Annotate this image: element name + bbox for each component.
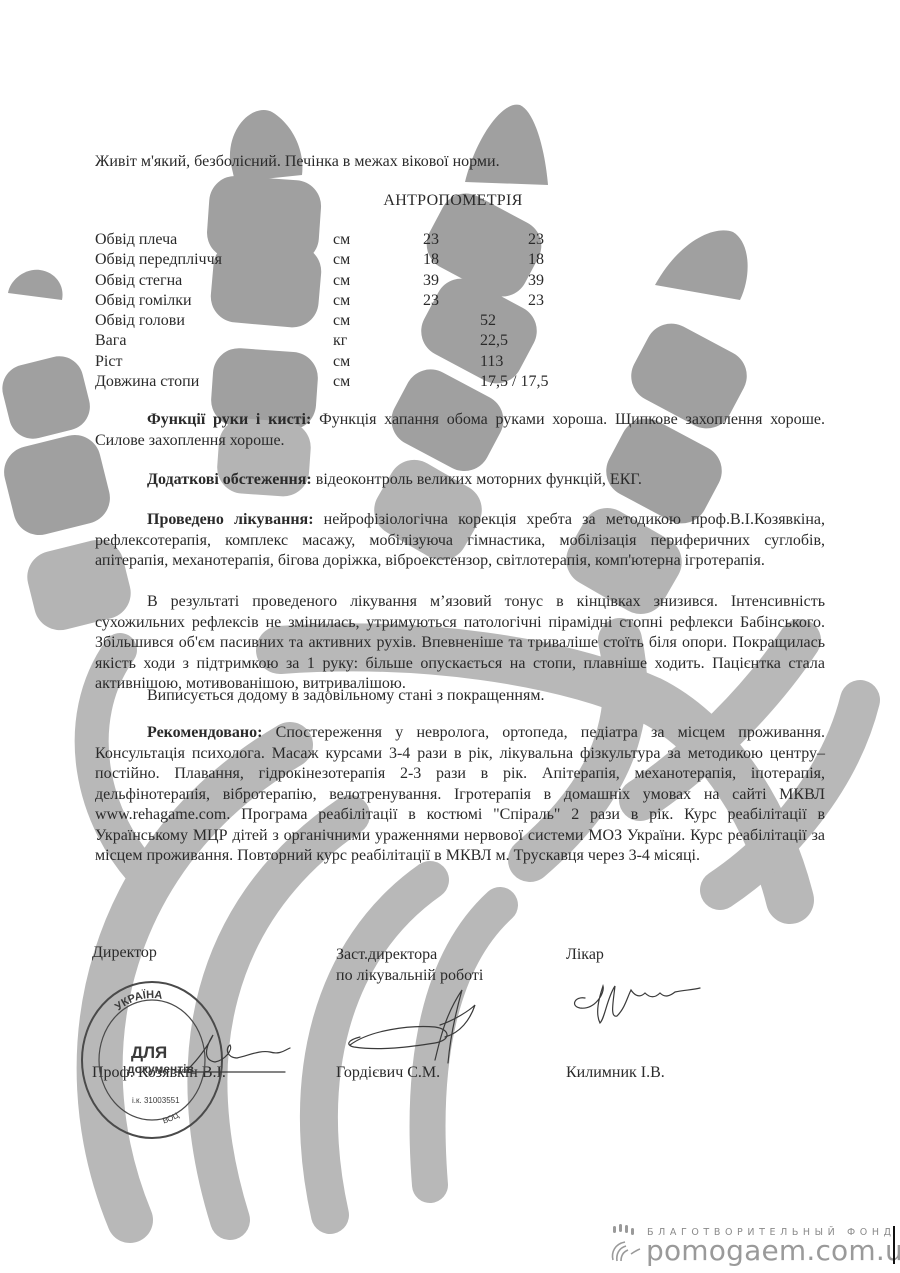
- measurement-label: Довжина стопи: [95, 372, 199, 392]
- anthropometry-heading-text: АНТРОПОМЕТРІЯ: [383, 192, 522, 209]
- measurement-value: 22,5: [480, 331, 508, 351]
- additional-exams-paragraph: Додаткові обстеження: відеоконтроль вели…: [95, 470, 825, 491]
- svg-text:УКРАЇНА: УКРАЇНА: [113, 988, 163, 1013]
- measurement-left-value: 18: [423, 250, 439, 270]
- measurement-right-value: 23: [528, 291, 544, 311]
- treatment-paragraph: Проведено лікування: нейрофізіологічна к…: [95, 510, 825, 572]
- measurement-label: Обвід стегна: [95, 271, 182, 291]
- measurement-left-value: 39: [423, 271, 439, 291]
- doctor-signature-icon: [565, 968, 705, 1028]
- deputy-director-signature-icon: [340, 985, 490, 1065]
- deputy-director-title-line: Заст.директора: [336, 944, 483, 965]
- measurement-value: 17,5 / 17,5: [480, 372, 548, 392]
- measurement-unit: см: [333, 372, 350, 392]
- measurement-unit: см: [333, 271, 350, 291]
- recommendations-label: Рекомендовано:: [147, 724, 262, 741]
- measurement-left-value: 23: [423, 230, 439, 250]
- measurement-value: 113: [480, 352, 503, 372]
- additional-exams-label: Додаткові обстеження:: [147, 471, 312, 488]
- hand-logo-icon: [607, 1224, 643, 1264]
- discharge-paragraph: Виписується додому в задовільному стані …: [95, 686, 825, 707]
- director-title: Директор: [92, 942, 157, 963]
- recommendations-paragraph: Рекомендовано: Спостереження у невролога…: [95, 723, 825, 867]
- measurement-label: Обвід передпліччя: [95, 250, 222, 270]
- measurement-label: Обвід голови: [95, 311, 185, 331]
- recommendations-text: Спостереження у невролога, ортопеда, пед…: [95, 724, 825, 864]
- director-signature-icon: [175, 1030, 295, 1075]
- measurement-unit: см: [333, 250, 350, 270]
- measurement-right-value: 23: [528, 230, 544, 250]
- discharge-text: Виписується додому в задовільному стані …: [147, 687, 544, 704]
- anthropometry-heading: АНТРОПОМЕТРІЯ: [0, 191, 900, 211]
- hand-function-label: Функції руки і кисті:: [147, 411, 311, 428]
- deputy-director-title: Заст.директорапо лікувальній роботі: [336, 944, 483, 986]
- result-text: В результаті проведеного лікування м’язо…: [95, 593, 825, 692]
- doctor-name: Килимник І.В.: [566, 1063, 665, 1083]
- svg-text:і.к. 31003551: і.к. 31003551: [132, 1096, 180, 1105]
- measurement-label: Обвід плеча: [95, 230, 177, 250]
- page-edge-divider: [893, 1226, 895, 1264]
- svg-text:ДЛЯ: ДЛЯ: [131, 1043, 167, 1062]
- brand-url-link[interactable]: pomogaem.com.ua: [646, 1236, 900, 1266]
- measurement-label: Обвід гомілки: [95, 291, 192, 311]
- deputy-director-title-line: по лікувальній роботі: [336, 965, 483, 986]
- measurement-unit: см: [333, 352, 350, 372]
- measurement-unit: см: [333, 291, 350, 311]
- measurement-unit: кг: [333, 331, 347, 351]
- doctor-title: Лікар: [566, 944, 604, 965]
- hand-function-paragraph: Функції руки і кисті: Функція хапання об…: [95, 410, 825, 451]
- measurement-label: Вага: [95, 331, 126, 351]
- measurement-right-value: 18: [528, 250, 544, 270]
- measurement-value: 52: [480, 311, 496, 331]
- measurement-label: Ріст: [95, 352, 122, 372]
- additional-exams-text: відеоконтроль великих моторних функцій, …: [312, 471, 642, 488]
- measurement-right-value: 39: [528, 271, 544, 291]
- foundation-brand: БЛАГОТВОРИТЕЛЬНЫЙ ФОНД pomogaem.com.ua: [607, 1224, 897, 1269]
- deputy-director-name: Гордієвич С.М.: [336, 1063, 440, 1083]
- discharge-summary-page: Живіт м'який, безболісний. Печінка в меж…: [0, 0, 900, 1273]
- measurement-unit: см: [333, 311, 350, 331]
- result-paragraph: В результаті проведеного лікування м’язо…: [95, 592, 825, 695]
- measurement-left-value: 23: [423, 291, 439, 311]
- treatment-label: Проведено лікування:: [147, 511, 314, 528]
- abdomen-exam-text: Живіт м'який, безболісний. Печінка в меж…: [95, 152, 500, 172]
- measurement-unit: см: [333, 230, 350, 250]
